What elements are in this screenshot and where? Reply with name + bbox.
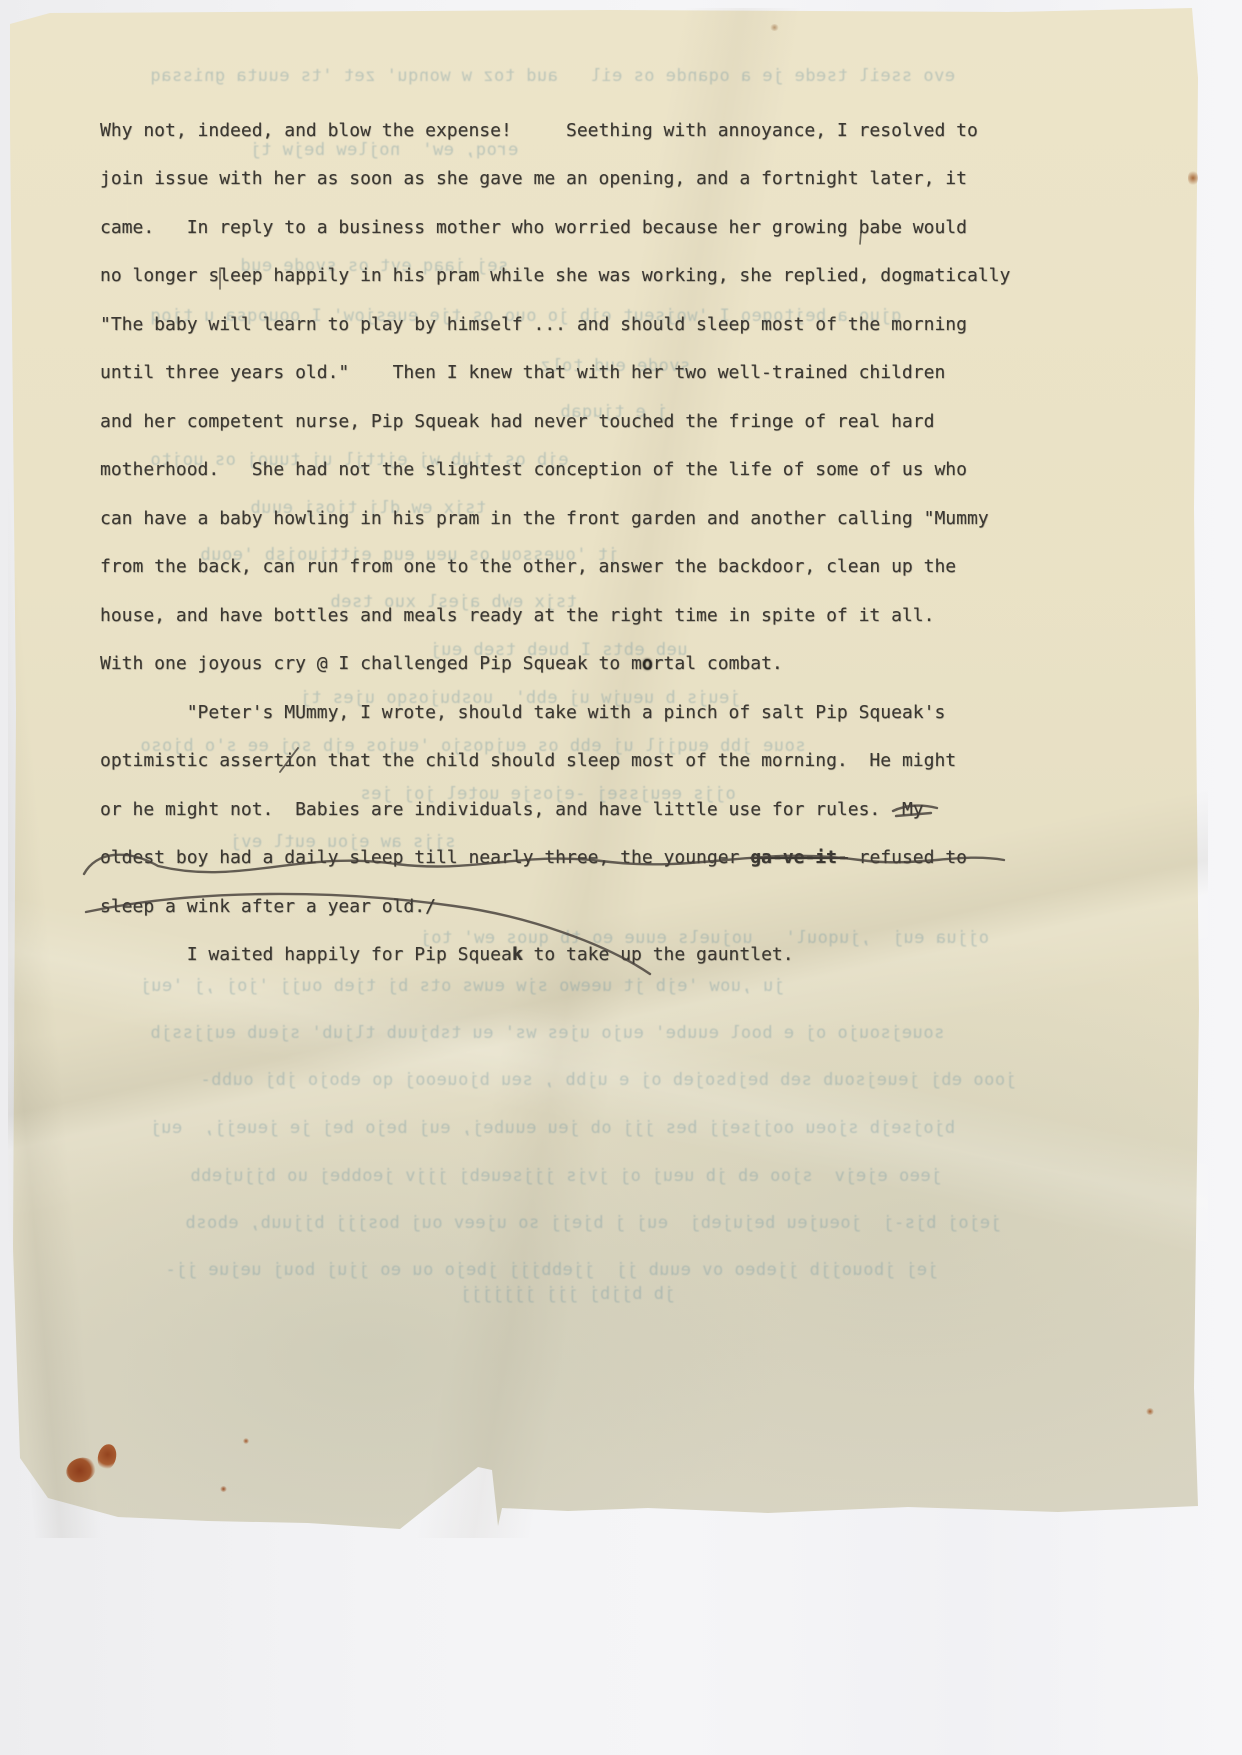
showthrough-line: jej jbouojjb jjebeo ov euub jj jjebbjjj … — [165, 1260, 938, 1280]
line-segment: With one joyous cry — [100, 653, 317, 674]
typed-line: Why not, indeed, and blow the expense! S… — [100, 120, 978, 142]
showthrough-line: jooo ebj jeuejsoub seb bejbsojeb oj e uj… — [200, 1070, 1016, 1090]
overstrike-at-char: @ — [317, 653, 328, 674]
showthrough-line: evo sseil tsede je a oqande os eil aud t… — [150, 66, 955, 86]
line-segment: I waited happily for Pip Squea — [100, 944, 512, 965]
line-segment: on that the child should sleep most of t… — [295, 750, 956, 771]
typed-line: join issue with her as soon as she gave … — [100, 168, 967, 190]
typed-line: no longer sleep happily in his pram whil… — [100, 265, 1010, 287]
line-segment: to take up the gauntlet. — [523, 944, 794, 965]
typed-line: can have a baby howling in his pram in t… — [100, 508, 989, 530]
pen-struck-word: My — [902, 799, 924, 820]
typed-line pen-struck-line: sleep a wink after a year old./ — [100, 896, 436, 918]
typed-line: from the back, can run from one to the o… — [100, 556, 956, 578]
line-segment: rtal combat. — [653, 653, 783, 674]
typed-line: With one joyous cry @ I challenged Pip S… — [100, 653, 783, 675]
showthrough-line: jeeo ejejv sjoo eb jb ueuj oj jvjs jjjse… — [190, 1166, 941, 1186]
scanned-page: evo sseil tsede je a oqande os eil aud t… — [0, 0, 1242, 1755]
line-segment: I challenged Pip Squeak to m — [328, 653, 642, 674]
typed-line: motherhood. She had not the slightest co… — [100, 459, 967, 481]
typed-line: until three years old." Then I knew that… — [100, 362, 945, 384]
pen-struck-segment: oldest boy had a daily sleep till nearly… — [100, 847, 750, 868]
stain — [220, 1486, 227, 1492]
typed-struck-word: ga-ve-it- — [750, 847, 848, 868]
ink-filled-o: o — [642, 653, 653, 674]
line-segment: or he might not. Babies are individuals,… — [100, 799, 902, 820]
stain — [770, 24, 779, 31]
typed-line: "The baby will learn to play by himself … — [100, 314, 967, 336]
typed-line: and her competent nurse, Pip Squeak had … — [100, 411, 934, 433]
showthrough-line: souejsoujo oj e bool euube' eujo ujes ws… — [150, 1023, 944, 1043]
stain — [243, 1438, 249, 1444]
cancelled-letter: i — [284, 750, 295, 771]
line-segment: optimistic assert — [100, 750, 284, 771]
typed-line: optimistic assertion that the child shou… — [100, 750, 956, 772]
showthrough-line: eroq, ew' nojlew bejw tj — [250, 140, 518, 160]
typed-line: or he might not. Babies are individuals,… — [100, 799, 924, 821]
typed-line: I waited happily for Pip Squeak to take … — [100, 944, 794, 966]
showthrough-line: ju ,uow 'ejb jt ueewo sjw euws ots bj tj… — [140, 976, 784, 996]
typed-line pen-struck-line: oldest boy had a daily sleep till nearly… — [100, 847, 967, 869]
showthrough-line: jb bjjbj jjj jjjjjjj — [460, 1284, 675, 1304]
stain — [1146, 1408, 1154, 1415]
typed-line: came. In reply to a business mother who … — [100, 217, 967, 239]
typed-line: "Peter's MUmmy, I wrote, should take wit… — [100, 702, 945, 724]
typed-line: house, and have bottles and meals ready … — [100, 605, 934, 627]
showthrough-line: jejoj bjs-j joeujeu bejujebj euj j bjejj… — [185, 1213, 1001, 1233]
double-struck-letter: k — [512, 944, 523, 965]
showthrough-line: bjojsejb sjoeu oojjsejj bes jjj ob jeu e… — [150, 1118, 955, 1138]
pen-struck-segment: refused to — [848, 847, 967, 868]
stain — [1188, 170, 1198, 186]
